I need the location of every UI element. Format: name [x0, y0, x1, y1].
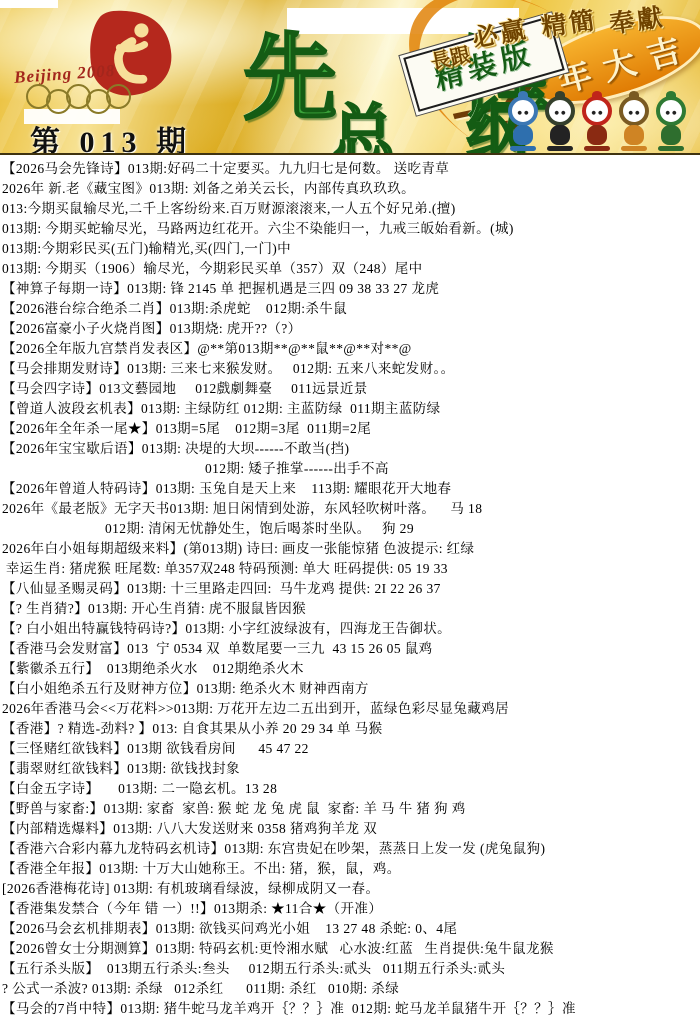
olympic-rings-icon [26, 84, 131, 114]
fuwa-body [550, 125, 570, 145]
fuwa-feet [547, 146, 573, 151]
title-char-xian: 先 [243, 2, 337, 137]
tip-line: 【2026年全年杀一尾★】013期=5尾 012期=3尾 011期=2尾 [2, 419, 700, 439]
fuwa-hair [629, 91, 639, 99]
tip-line: 2026年 新.老《藏宝图》013期: 刘备之弟关云长，内部传真玖玖玖。 [2, 179, 700, 199]
tip-line: 【2026马会先锋诗】013期:好码二十定要买。九九归七是何数。 送吃青草 [2, 159, 700, 179]
tip-line: 【马会四字诗】013文藝园地 012戲劇舞臺 011远景近景 [2, 379, 700, 399]
tip-line: 【2026全年版九宫禁肖发表区】@**第013期**@**鼠**@**对**@ [2, 339, 700, 359]
white-patch-corner [0, 0, 58, 8]
tip-line: 【香港全年报】013期: 十万大山她称王。不出: 猪，猴，鼠，鸡。 [2, 859, 700, 879]
tip-line: 幸运生肖: 猪虎猴 旺尾数: 单357双248 特码预测: 单大 旺码提供: 0… [2, 559, 700, 579]
tip-line: [2026香港梅花诗] 013期: 有机玻璃看绿波，绿柳成阴又一春。 [2, 879, 700, 899]
tip-sheet-body: 【2026马会先锋诗】013期:好码二十定要买。九九归七是何数。 送吃青草202… [0, 155, 700, 1017]
fuwa-feet [510, 146, 536, 151]
tip-line: 【三怪赌红欲钱料】013期 欲钱看房间 45 47 22 [2, 739, 700, 759]
fuwa-face [656, 96, 686, 126]
tip-line: 【白金五字诗】 013期: 二一隐玄机。13 28 [2, 779, 700, 799]
tip-line: 012期: 矮子推掌------出手不高 [2, 459, 700, 479]
tip-line: 【香港马会发财富】013 宁 0534 双 单数尾要一三九 43 15 26 0… [2, 639, 700, 659]
title-char-zong: 总 [332, 84, 394, 155]
tip-line: 【香港六合彩内幕九龙特码玄机诗】013期: 东宫贵妃在吵架，蒸蒸日上发一发 (虎… [2, 839, 700, 859]
tip-line: 【马会的7肖中特】013期: 猪牛蛇马龙羊鸡开｛？？｝准 012期: 蛇马龙羊鼠… [2, 999, 700, 1017]
tip-line: 【内部精选爆料】013期: 八八大发送财来 0358 猪鸡狗羊龙 双 [2, 819, 700, 839]
tip-line: 【曾道人波段玄机表】013期: 主绿防红 012期: 主蓝防绿 011期主蓝防绿 [2, 399, 700, 419]
tip-line: 2026年《最老版》无字天书013期: 旭日闲情到处游，东风轻吹树叶落。 马 1… [2, 499, 700, 519]
tip-line: 012期: 清闲无忧静处生，饱后喝茶时坐队。 狗 29 [2, 519, 700, 539]
tip-line: 【马会排期发财诗】013期: 三来七来猴发财。 012期: 五来八来蛇发财。。 [2, 359, 700, 379]
tip-line: 【白小姐绝杀五行及财神方位】013期: 绝杀火木 财神西南方 [2, 679, 700, 699]
tip-line: 【2026年宝宝歇后语】013期: 决堤的大坝------不敢当(挡) [2, 439, 700, 459]
fuwa-hair [592, 91, 602, 99]
fuwa-hair [555, 91, 565, 99]
fuwa-body [513, 125, 533, 145]
tip-line: 【野兽与家畜:】013期: 家畜 家兽: 猴 蛇 龙 兔 虎 鼠 家畜: 羊 马… [2, 799, 700, 819]
tip-line: 【八仙显圣赐灵码】013期: 十三里路走四回: 马牛龙鸡 提供: 2I 22 2… [2, 579, 700, 599]
fuwa-face [582, 96, 612, 126]
fuwa-face [545, 96, 575, 126]
fuwa-feet [621, 146, 647, 151]
fuwa-mascots-row [506, 92, 688, 150]
tip-line: 【2026曾女士分期测算】013期: 特码玄机:更怜湘水赋 心水波:红蓝 生肖提… [2, 939, 700, 959]
fuwa-body [661, 125, 681, 145]
fuwa-face [619, 96, 649, 126]
tip-line: 013期:今期彩民买(五门)输精光,买(四门,一门)中 [2, 239, 700, 259]
huanhuan-red-mascot [580, 92, 614, 150]
tip-line: 2026年白小姐每期超级来料】(第013期) 诗曰: 画皮一张能惊猪 色波提示:… [2, 539, 700, 559]
tip-line: 2026年香港马会<<万花料>>013期: 万花开左边二五出到开，蓝绿色彩尽显兔… [2, 699, 700, 719]
tip-line: 【2026港台综合绝杀二肖】013期:杀虎蛇 012期:杀牛鼠 [2, 299, 700, 319]
tip-line: 【香港集发禁合（今年 错 一）!!】013期杀: ★11合★（开准） [2, 899, 700, 919]
tip-line: 013:今期买鼠输尽光,二千上客纷纷来.百万财源滚滚来,一人五个好兄弟.(擅) [2, 199, 700, 219]
tip-line: 【2026马会玄机排期表】013期: 欲钱买问鸡光小姐 13 27 48 杀蛇:… [2, 919, 700, 939]
tip-line: 013期: 今期买蛇输尽光，马路两边红花开。六尘不染能归一，九戒三皈始看新。(城… [2, 219, 700, 239]
yingying-orange-mascot [617, 92, 651, 150]
fuwa-feet [658, 146, 684, 151]
tip-line: 【五行杀头版】 013期五行杀头:叁头 012期五行杀头:贰头 011期五行杀头… [2, 959, 700, 979]
jingjing-panda-mascot [543, 92, 577, 150]
tip-line: 【紫徽杀五行】 013期绝杀火水 012期绝杀火木 [2, 659, 700, 679]
fuwa-body [587, 125, 607, 145]
tip-line: 013期: 今期买（1906）输尽光，今期彩民买单（357）双（248）尾中 [2, 259, 700, 279]
fuwa-feet [584, 146, 610, 151]
tip-line: 【2026年曾道人特码诗】013期: 玉兔自是天上来 113期: 耀眼花开大地春 [2, 479, 700, 499]
tip-line: ? 公式一杀波? 013期: 杀绿 012杀红 011期: 杀红 010期: 杀… [2, 979, 700, 999]
tip-line: 【? 生肖猜?】013期: 开心生肖猜: 虎不服鼠皆因猴 [2, 599, 700, 619]
tip-line: 【翡翠财红欲钱料】013期: 欲钱找封象 [2, 759, 700, 779]
beibei-blue-mascot [506, 92, 540, 150]
fuwa-hair [518, 91, 528, 99]
nini-green-mascot [654, 92, 688, 150]
tip-line: 【? 白小姐出特赢钱特码诗?】013期: 小字红波绿波有，四海龙王告御状。 [2, 619, 700, 639]
tip-line: 【神算子每期一诗】013期: 锋 2145 单 把握机遇是三四 09 38 33… [2, 279, 700, 299]
masthead-banner: 马 年大吉 Beijing 2008 第 013 期 先 锋 总 纲 精装版 長… [0, 0, 700, 155]
fuwa-face [508, 96, 538, 126]
issue-number: 第 013 期 [30, 117, 192, 155]
fuwa-body [624, 125, 644, 145]
fuwa-hair [666, 91, 676, 99]
tip-line: 【香港】? 精选-劲料? 】013: 自食其果从小养 20 29 34 单 马猴 [2, 719, 700, 739]
tip-line: 【2026富豪小子火烧肖图】013期烧: 虎开??（?） [2, 319, 700, 339]
